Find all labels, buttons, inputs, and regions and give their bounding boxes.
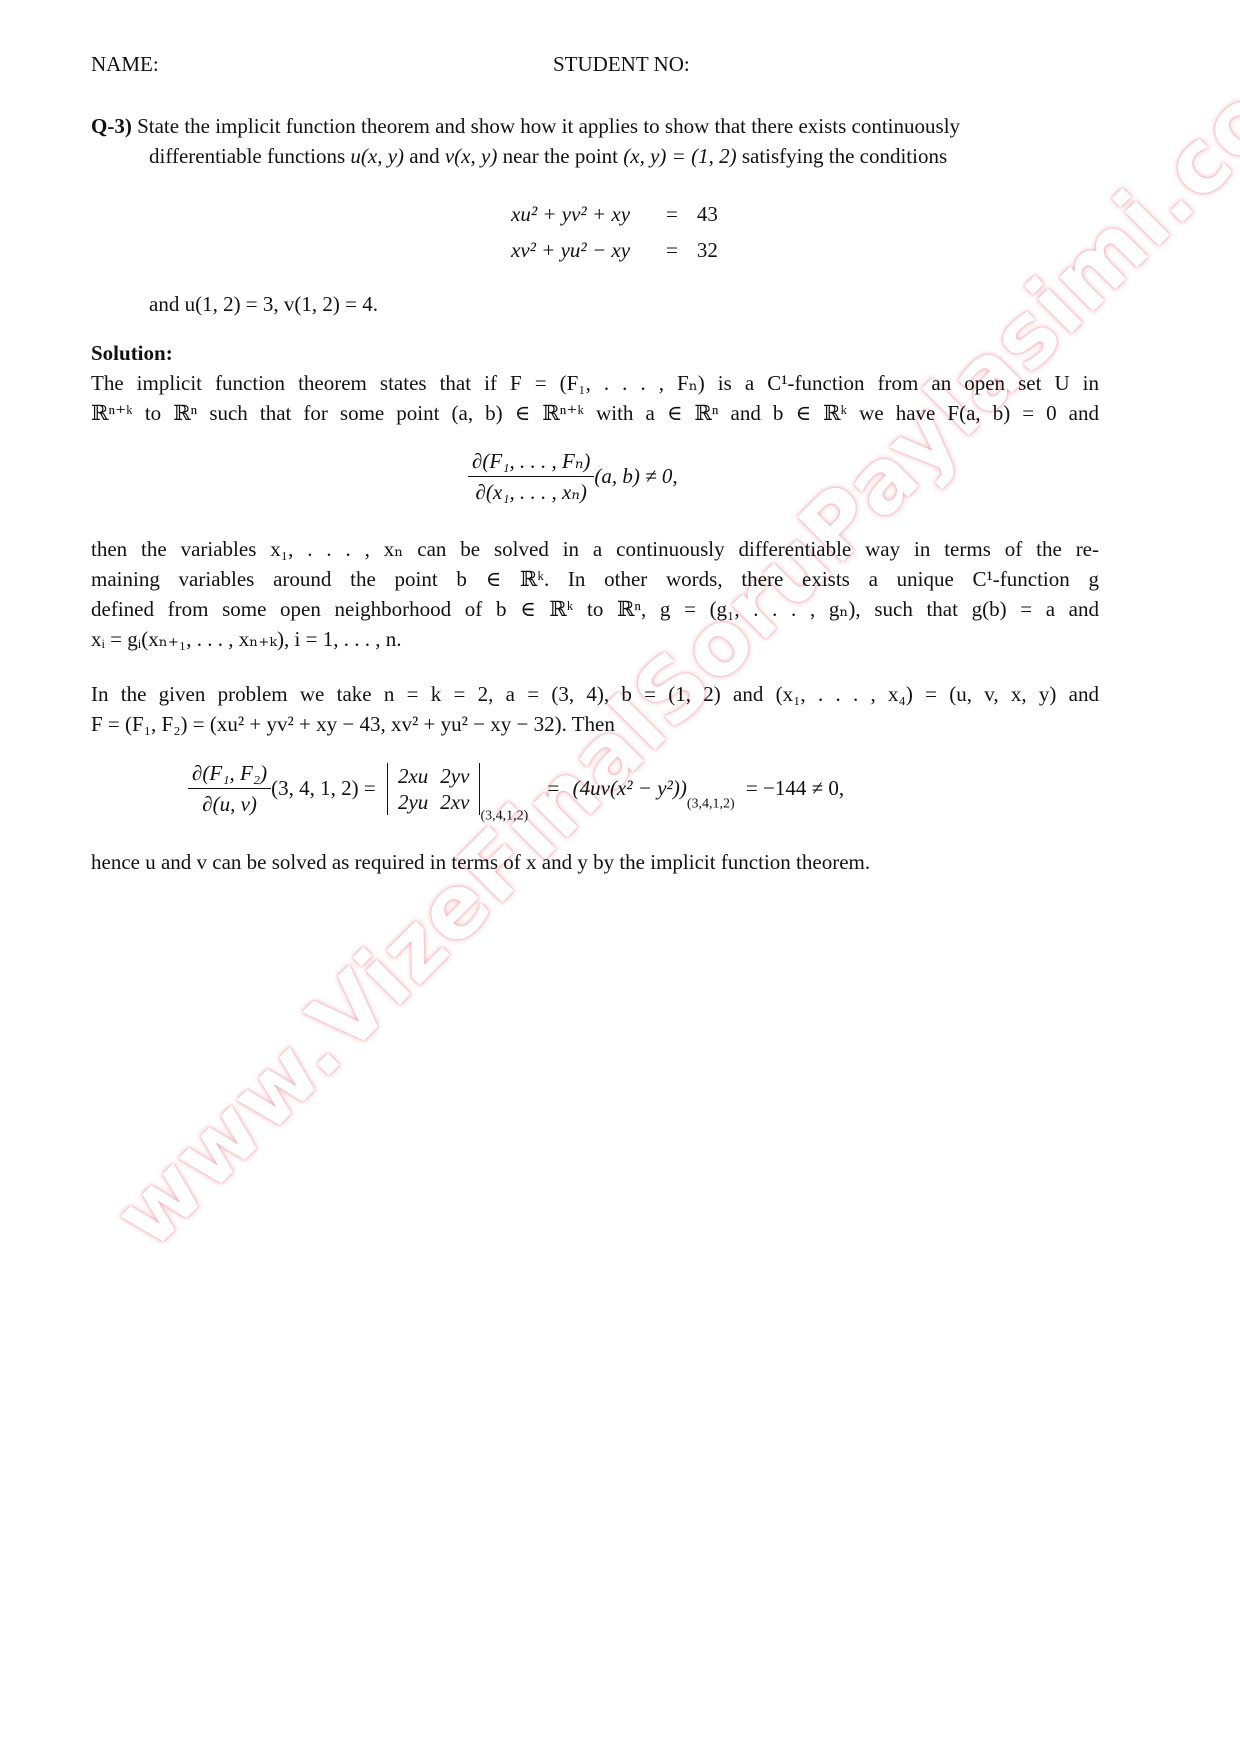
det-cell: 2yv <box>434 763 475 789</box>
eq2-lhs: xv² + yu² − xy <box>510 232 648 268</box>
eq2-rhs: 32 <box>696 232 719 268</box>
eq2-equals: = <box>648 232 696 268</box>
solution-p2-line3: defined from some open neighborhood of b… <box>91 595 1099 623</box>
solution-p2-line1: then the variables x₁, . . . , xₙ can be… <box>91 535 1099 563</box>
exam-page: www.VizeFinalSoruPaylasimi.com NAME: STU… <box>0 0 1240 1754</box>
eq1-lhs: xu² + yv² + xy <box>510 196 648 232</box>
det-cell: 2xv <box>434 789 475 815</box>
v-function: v(x, y) <box>445 144 497 168</box>
eq1-equals: = <box>648 196 696 232</box>
jacobian-fraction: ∂(F₁, . . . , Fₙ) ∂(x₁, . . . , xₙ) <box>468 448 594 505</box>
question-text-1: State the implicit function theorem and … <box>137 114 960 138</box>
u-function: u(x, y) <box>350 144 404 168</box>
solution-p2-line4: xᵢ = gᵢ(xₙ₊₁, . . . , xₙ₊ₖ), i = 1, . . … <box>91 625 401 653</box>
solution-conclusion: hence u and v can be solved as required … <box>91 848 870 876</box>
name-label: NAME: <box>91 52 159 77</box>
question-text-2d: satisfying the conditions <box>737 144 948 168</box>
jacobian-numerator: ∂(F₁, . . . , Fₙ) <box>468 448 594 477</box>
question-line-2: differentiable functions u(x, y) and v(x… <box>149 142 947 170</box>
jacobian-condition: ∂(F₁, . . . , Fₙ) ∂(x₁, . . . , xₙ) (a, … <box>468 448 678 505</box>
question-line-1: Q-3) State the implicit function theorem… <box>91 112 960 140</box>
student-no-label: STUDENT NO: <box>553 52 690 77</box>
solution-p2-line2: maining variables around the point b ∈ ℝ… <box>91 565 1099 593</box>
result-value: = −144 ≠ 0, <box>746 776 844 800</box>
jacobian2-numerator: ∂(F₁, F₂) <box>188 760 271 789</box>
question-text-2c: near the point <box>497 144 623 168</box>
question-text-2a: differentiable functions <box>149 144 350 168</box>
eq1-rhs: 43 <box>696 196 719 232</box>
result-subscript: (3,4,1,2) <box>687 796 735 811</box>
page-content: NAME: STUDENT NO: Q-3) State the implici… <box>0 0 1240 1754</box>
solution-heading: Solution: <box>91 339 173 367</box>
question-label: Q-3) <box>91 114 132 138</box>
jacobian-tail: (a, b) ≠ 0, <box>594 464 677 488</box>
solution-p1-line2: ℝⁿ⁺ᵏ to ℝⁿ such that for some point (a, … <box>91 399 1099 427</box>
jacobian2-fraction: ∂(F₁, F₂) ∂(u, v) <box>188 760 271 817</box>
jacobian-computation: ∂(F₁, F₂) ∂(u, v) (3, 4, 1, 2) = 2xu 2yv… <box>188 760 844 824</box>
determinant-matrix: 2xu 2yv 2yu 2xv <box>387 763 480 815</box>
solution-p3-line2: F = (F₁, F₂) = (xu² + yv² + xy − 43, xv²… <box>91 710 615 738</box>
equation-system: xu² + yv² + xy = 43 xv² + yu² − xy = 32 <box>510 196 719 268</box>
det-cell: 2xu <box>392 763 434 789</box>
jacobian2-point: (3, 4, 1, 2) = <box>271 776 376 800</box>
point-condition: (x, y) = (1, 2) <box>623 144 736 168</box>
jacobian-denominator: ∂(x₁, . . . , xₙ) <box>468 477 594 505</box>
solution-p1-line1: The implicit function theorem states tha… <box>91 369 1099 397</box>
equals-sign: = <box>548 776 560 800</box>
result-expression: (4uv(x² − y²)) <box>573 776 687 800</box>
det-cell: 2yu <box>392 789 434 815</box>
det-subscript: (3,4,1,2) <box>480 808 528 823</box>
initial-condition: and u(1, 2) = 3, v(1, 2) = 4. <box>149 290 378 318</box>
question-text-2b: and <box>404 144 445 168</box>
jacobian2-denominator: ∂(u, v) <box>188 789 271 817</box>
solution-p3-line1: In the given problem we take n = k = 2, … <box>91 680 1099 708</box>
